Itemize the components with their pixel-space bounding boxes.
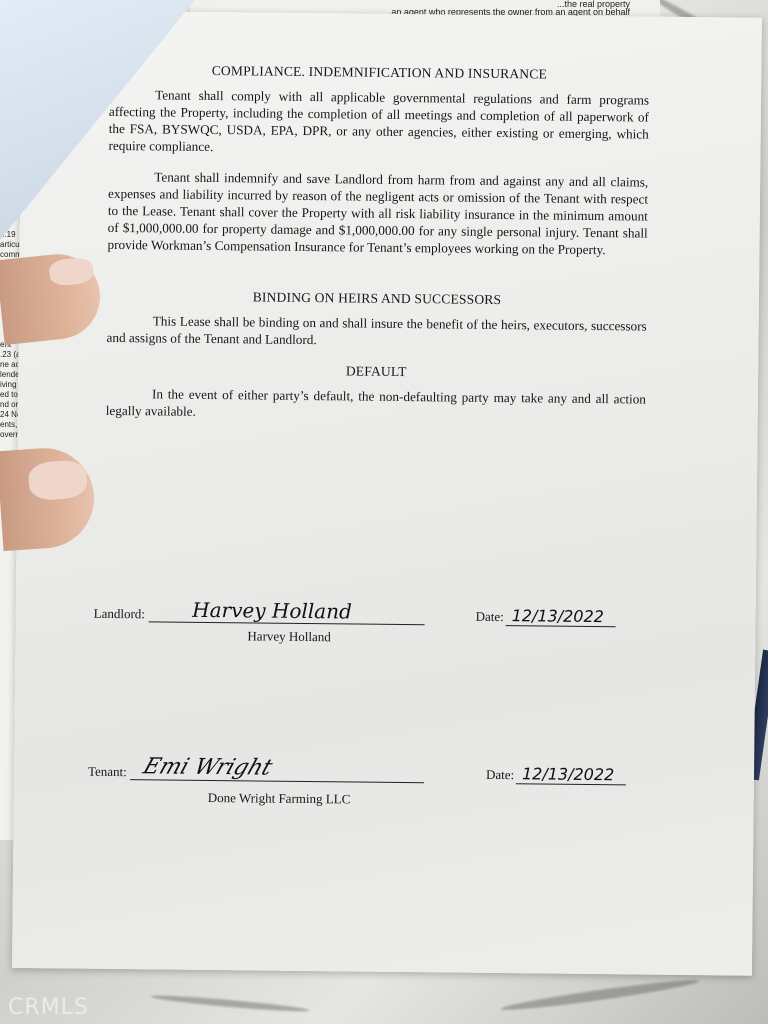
tenant-date-line: 12/13/2022	[516, 765, 626, 785]
landlord-signature-line: Harvey Holland	[148, 603, 424, 625]
landlord-date: 12/13/2022	[512, 606, 604, 626]
marble-vein	[500, 976, 699, 1014]
thumbnail	[48, 256, 94, 286]
tenant-date-label: Date:	[486, 767, 514, 783]
tenant-signature: Emi Wright	[140, 754, 276, 780]
paragraph-compliance: Tenant shall comply with all applicable …	[108, 86, 649, 160]
tenant-signature-line: Emi Wright	[130, 761, 424, 783]
fingernail	[28, 459, 89, 501]
landlord-signature-block: Landlord: Harvey Holland Date: 12/13/202…	[93, 603, 653, 659]
landlord-signature: Harvey Holland	[192, 598, 352, 624]
landlord-printed-name: Harvey Holland	[247, 628, 331, 645]
watermark: CRMLS	[8, 995, 89, 1020]
marble-vein	[150, 993, 310, 1014]
paragraph-binding: This Lease shall be binding on and shall…	[106, 312, 646, 352]
landlord-label: Landlord:	[94, 606, 145, 622]
section-heading-default: DEFAULT	[106, 360, 646, 383]
landlord-date-label: Date:	[476, 609, 504, 625]
tenant-printed-name: Done Wright Farming LLC	[208, 790, 351, 807]
document-body: COMPLIANCE. INDEMNIFICATION AND INSURANC…	[106, 61, 650, 439]
lease-page: COMPLIANCE. INDEMNIFICATION AND INSURANC…	[12, 10, 762, 976]
tenant-signature-block: Tenant: Emi Wright Date: 12/13/2022 Done…	[88, 761, 648, 817]
tenant-date: 12/13/2022	[522, 764, 614, 784]
section-heading-compliance: COMPLIANCE. INDEMNIFICATION AND INSURANC…	[109, 61, 649, 84]
landlord-date-line: 12/13/2022	[506, 607, 616, 627]
paragraph-indemnify: Tenant shall indemnify and save Landlord…	[107, 168, 648, 259]
tenant-label: Tenant:	[88, 764, 127, 779]
paragraph-default: In the event of either party’s default, …	[106, 385, 646, 425]
